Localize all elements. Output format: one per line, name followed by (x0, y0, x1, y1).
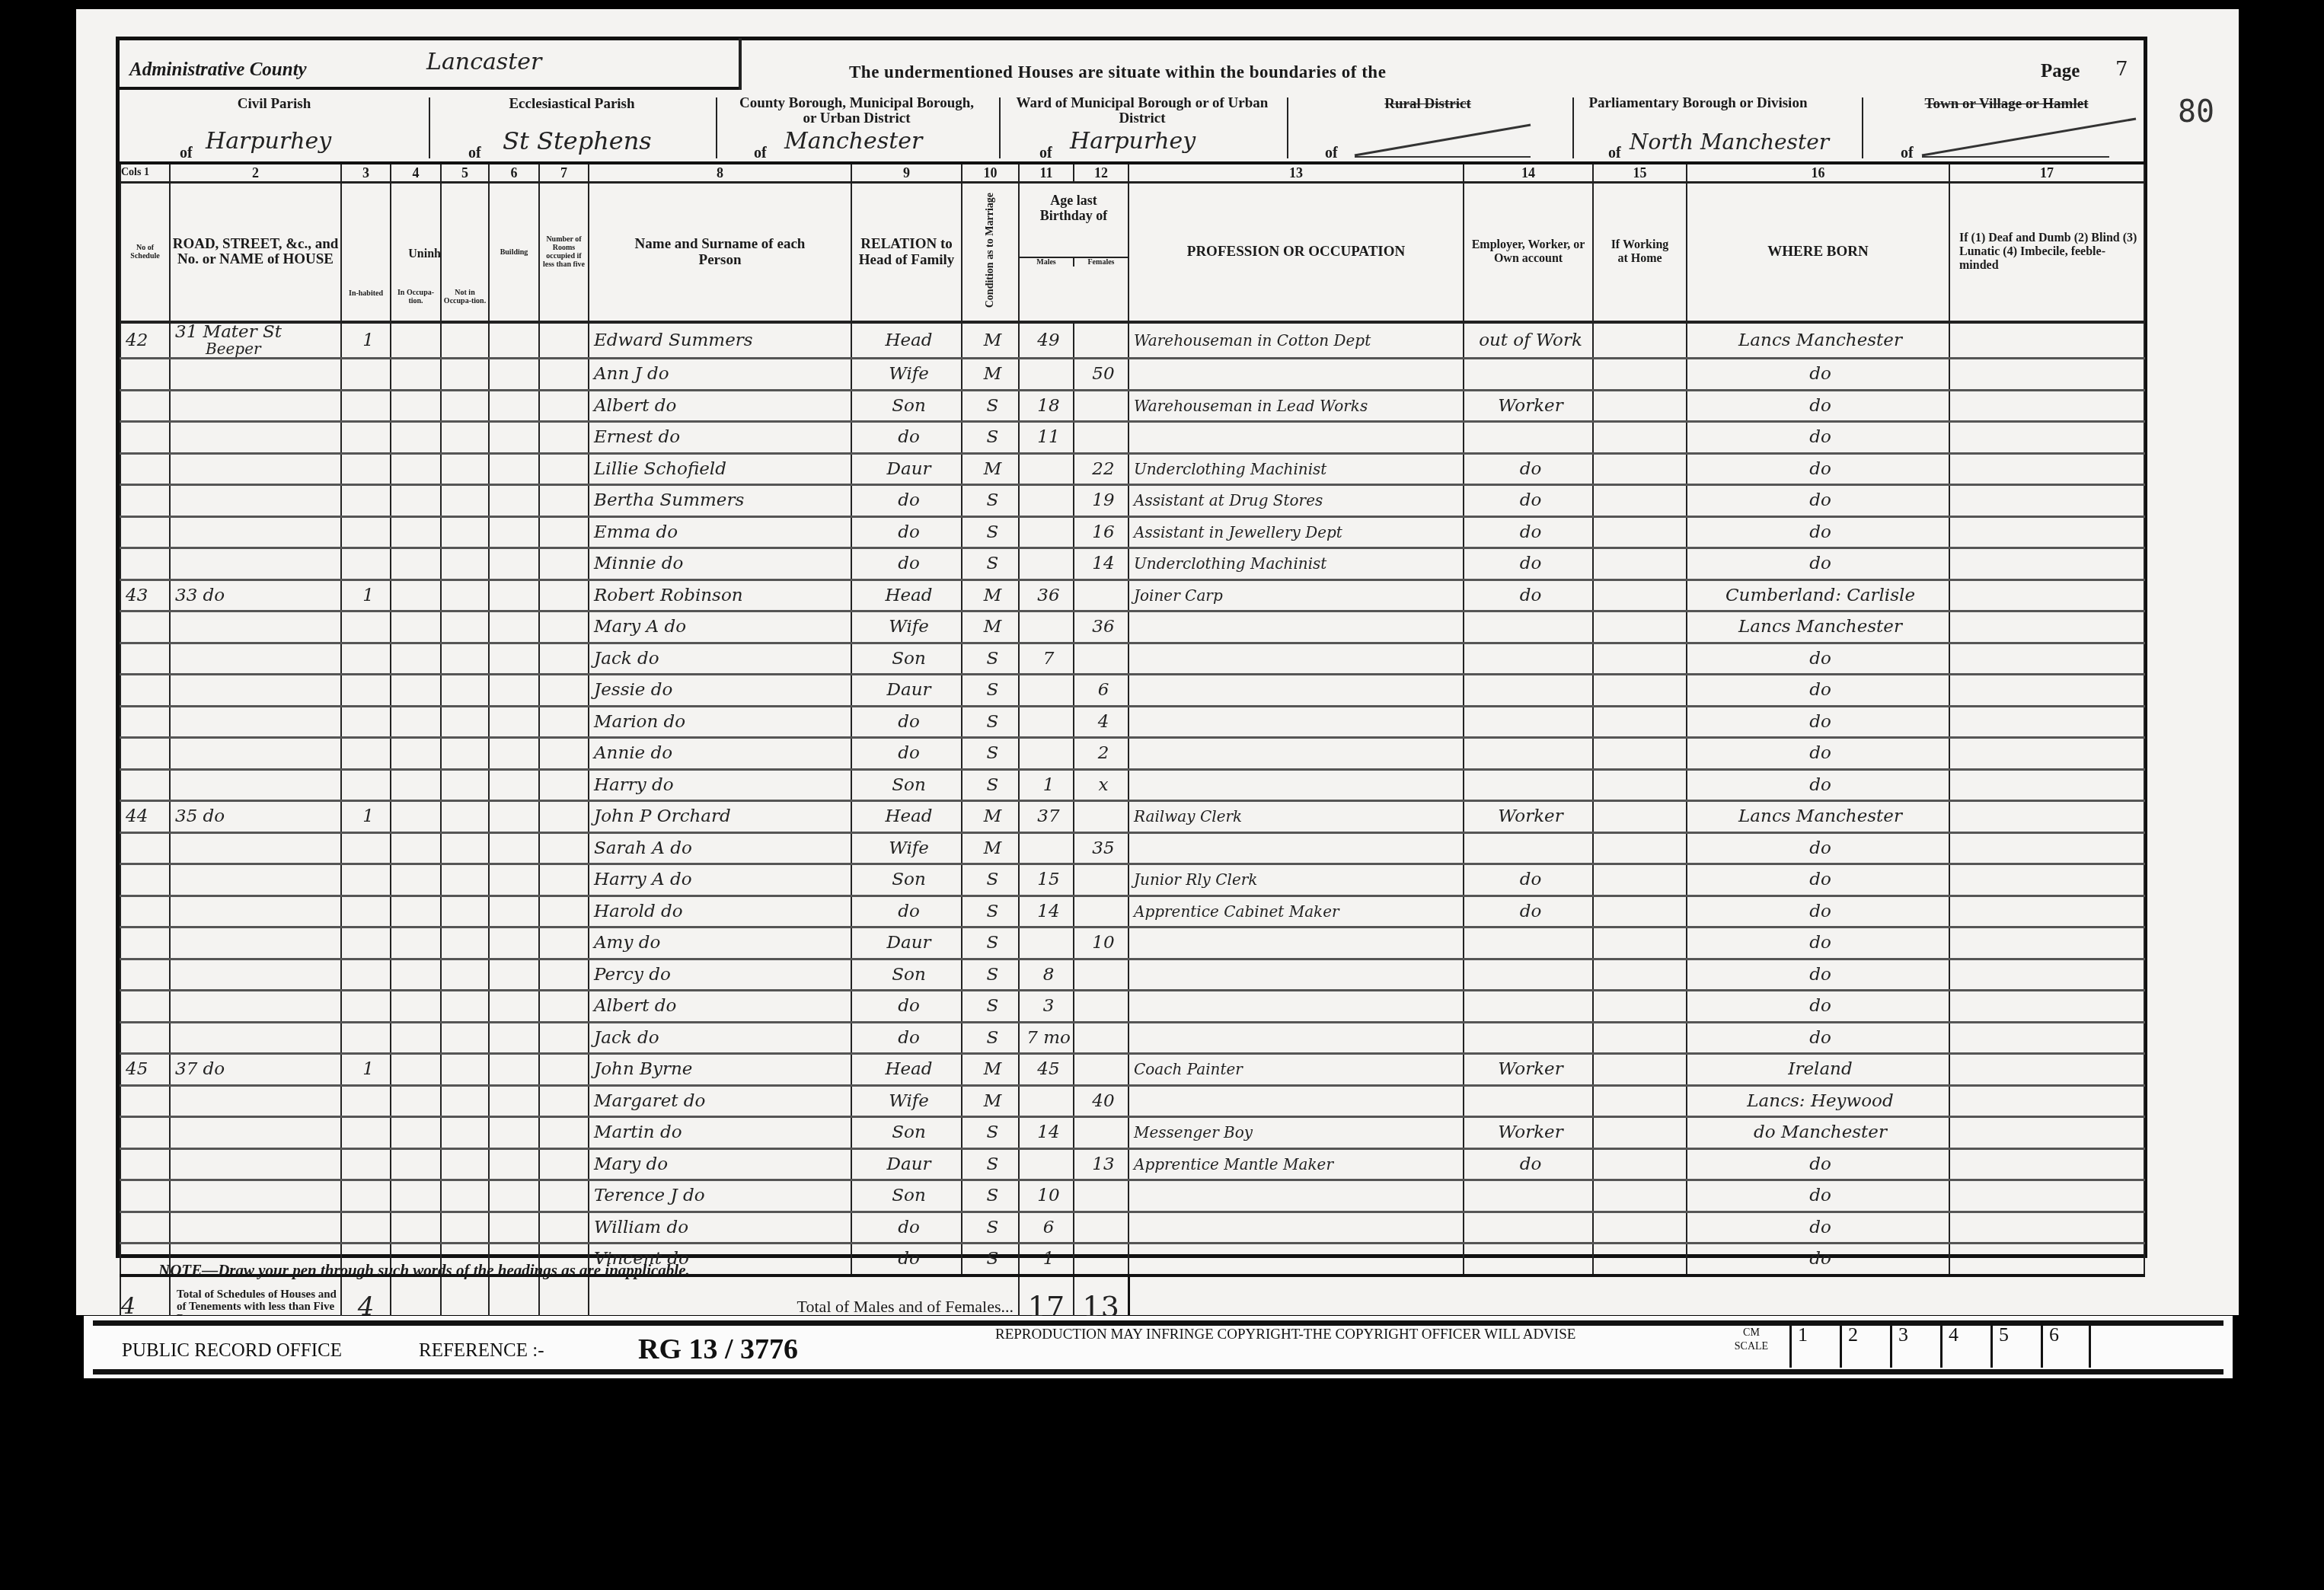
in-occupation-cell (391, 896, 441, 927)
header-divider (716, 97, 717, 158)
employment-status-cell (1464, 1212, 1593, 1244)
heading-schedule: No of Schedule (120, 183, 170, 323)
occupation-cell: Underclothing Machinist (1128, 453, 1464, 485)
inhabited-count-cell (341, 896, 391, 927)
male-age-cell (1019, 675, 1074, 707)
employment-status-cell: Worker (1464, 801, 1593, 833)
employment-status-cell (1464, 927, 1593, 959)
birthplace-cell: Lancs Manchester (1687, 611, 1949, 643)
rooms-count-cell (539, 991, 589, 1023)
schedule-number-cell (120, 1117, 170, 1149)
female-age-cell: 36 (1074, 611, 1128, 643)
footer-rule (93, 1369, 2223, 1374)
inhabited-count-cell: 1 (341, 801, 391, 833)
working-at-home-cell (1593, 864, 1687, 896)
working-at-home-cell (1593, 1085, 1687, 1117)
inhabited-count-cell (341, 864, 391, 896)
birthplace-cell: do (1687, 1244, 1949, 1276)
male-age-cell (1019, 516, 1074, 548)
civil-parish-prefix: of (180, 145, 193, 162)
male-age-cell (1019, 611, 1074, 643)
infirmity-cell (1949, 675, 2144, 707)
address-cell (170, 611, 341, 643)
rural-district-strike-line (1352, 122, 1534, 160)
col-number: 16 (1687, 164, 1949, 183)
relation-cell: Son (851, 1180, 962, 1212)
infirmity-cell (1949, 769, 2144, 801)
male-age-cell: 1 (1019, 1244, 1074, 1276)
rooms-count-cell (539, 453, 589, 485)
schedule-number-cell (120, 1022, 170, 1054)
person-name-cell: Marion do (589, 706, 851, 738)
building-cell (489, 548, 539, 580)
col-number: 14 (1464, 164, 1593, 183)
building-cell (489, 390, 539, 422)
not-in-occupation-cell (441, 579, 489, 611)
building-cell (489, 1148, 539, 1180)
infirmity-cell (1949, 422, 2144, 454)
schedule-number-cell (120, 643, 170, 675)
in-occupation-cell (391, 1212, 441, 1244)
male-age-cell (1019, 927, 1074, 959)
heading-address: ROAD, STREET, &c., and No. or NAME of HO… (170, 183, 341, 323)
address-cell (170, 485, 341, 517)
person-name-cell: Harry do (589, 769, 851, 801)
person-name-cell: Margaret do (589, 1085, 851, 1117)
relation-cell: do (851, 1022, 962, 1054)
in-occupation-cell (391, 485, 441, 517)
employment-status-cell (1464, 359, 1593, 391)
working-at-home-cell (1593, 1148, 1687, 1180)
in-occupation-cell (391, 516, 441, 548)
person-name-cell: Jack do (589, 1022, 851, 1054)
county-borough-value: Manchester (784, 128, 922, 155)
rooms-count-cell (539, 959, 589, 991)
working-at-home-cell (1593, 516, 1687, 548)
schedule-number-cell (120, 548, 170, 580)
building-cell (489, 1212, 539, 1244)
building-cell (489, 611, 539, 643)
birthplace-cell: do (1687, 675, 1949, 707)
male-age-cell: 49 (1019, 322, 1074, 359)
working-at-home-cell (1593, 453, 1687, 485)
relation-cell: Head (851, 1054, 962, 1086)
employment-status-cell (1464, 991, 1593, 1023)
male-age-cell: 7 mo (1019, 1022, 1074, 1054)
infirmity-cell (1949, 322, 2144, 359)
working-at-home-cell (1593, 896, 1687, 927)
male-age-cell: 45 (1019, 1054, 1074, 1086)
schedule-number-cell (120, 991, 170, 1023)
marital-condition-cell: S (962, 1212, 1019, 1244)
working-at-home-cell (1593, 422, 1687, 454)
rooms-count-cell (539, 422, 589, 454)
table-row: Jack doSonS7do (120, 643, 2144, 675)
not-in-occupation-cell (441, 1180, 489, 1212)
employment-status-cell (1464, 1022, 1593, 1054)
address-cell (170, 769, 341, 801)
male-age-cell (1019, 485, 1074, 517)
occupation-cell: Warehouseman in Cotton Dept (1128, 322, 1464, 359)
person-name-cell: Martin do (589, 1117, 851, 1149)
inhabited-count-cell (341, 359, 391, 391)
person-name-cell: Percy do (589, 959, 851, 991)
rooms-count-cell (539, 485, 589, 517)
employment-status-cell (1464, 1085, 1593, 1117)
rooms-count-cell (539, 675, 589, 707)
female-age-cell: x (1074, 769, 1128, 801)
person-name-cell: Mary A do (589, 611, 851, 643)
birthplace-cell: do (1687, 1212, 1949, 1244)
building-cell (489, 769, 539, 801)
employment-status-cell: do (1464, 1148, 1593, 1180)
schedule-number-cell (120, 422, 170, 454)
table-row: 4333 do1Robert RobinsonHeadM36Joiner Car… (120, 579, 2144, 611)
rooms-count-cell (539, 896, 589, 927)
birthplace-cell: do (1687, 769, 1949, 801)
heading-age: Age last Birthday of Males Females (1019, 183, 1128, 323)
address-cell (170, 832, 341, 864)
in-occupation-cell (391, 422, 441, 454)
birthplace-cell: Lancs: Heywood (1687, 1085, 1949, 1117)
male-age-cell: 14 (1019, 1117, 1074, 1149)
building-cell (489, 1054, 539, 1086)
female-age-cell: 35 (1074, 832, 1128, 864)
female-age-cell (1074, 1054, 1128, 1086)
infirmity-cell (1949, 579, 2144, 611)
female-age-cell (1074, 991, 1128, 1023)
person-name-cell: Ernest do (589, 422, 851, 454)
building-cell (489, 959, 539, 991)
occupation-cell (1128, 1022, 1464, 1054)
col-number: 11 (1019, 164, 1074, 183)
relation-cell: do (851, 548, 962, 580)
building-cell (489, 864, 539, 896)
schedule-number-cell (120, 611, 170, 643)
marital-condition-cell: M (962, 801, 1019, 833)
marital-condition-cell: M (962, 359, 1019, 391)
inhabited-count-cell (341, 516, 391, 548)
schedule-number-cell (120, 1085, 170, 1117)
heading-condition-label: Condition as to Marriage (984, 193, 998, 308)
female-age-cell (1074, 1022, 1128, 1054)
occupation-cell (1128, 991, 1464, 1023)
table-row: Albert doSonS18Warehouseman in Lead Work… (120, 390, 2144, 422)
male-age-cell: 3 (1019, 991, 1074, 1023)
not-in-occupation-cell (441, 422, 489, 454)
header-divider (1287, 97, 1288, 158)
in-occupation-cell (391, 769, 441, 801)
in-occupation-cell (391, 1022, 441, 1054)
table-row: Lillie SchofieldDaurM22Underclothing Mac… (120, 453, 2144, 485)
table-row: Percy doSonS8do (120, 959, 2144, 991)
heading-infirmity: If (1) Deaf and Dumb (2) Blind (3) Lunat… (1949, 183, 2144, 323)
birthplace-cell: do (1687, 864, 1949, 896)
person-name-cell: Albert do (589, 390, 851, 422)
infirmity-cell (1949, 832, 2144, 864)
relation-cell: Wife (851, 611, 962, 643)
relation-cell: do (851, 706, 962, 738)
folio-number: 80 (2178, 94, 2214, 129)
person-name-cell: Harry A do (589, 864, 851, 896)
male-age-cell (1019, 1148, 1074, 1180)
not-in-occupation-cell (441, 706, 489, 738)
person-name-cell: Ann J do (589, 359, 851, 391)
relation-cell: do (851, 422, 962, 454)
infirmity-cell (1949, 1244, 2144, 1276)
inhabited-count-cell (341, 485, 391, 517)
birthplace-cell: do (1687, 390, 1949, 422)
admin-county-label: Administrative County (129, 59, 307, 81)
relation-cell: do (851, 485, 962, 517)
infirmity-cell (1949, 643, 2144, 675)
page-number: 7 (2115, 58, 2128, 81)
in-occupation-cell (391, 390, 441, 422)
female-age-cell (1074, 801, 1128, 833)
footer-scale-label: CM SCALE (1729, 1327, 1774, 1354)
marital-condition-cell: S (962, 991, 1019, 1023)
in-occupation-cell (391, 453, 441, 485)
person-name-cell: Annie do (589, 738, 851, 770)
table-row: 4231 Mater StBeeper1Edward SummersHeadM4… (120, 322, 2144, 359)
address-cell: 37 do (170, 1054, 341, 1086)
address-cell (170, 991, 341, 1023)
occupation-cell: Railway Clerk (1128, 801, 1464, 833)
building-cell (489, 675, 539, 707)
in-occupation-cell (391, 675, 441, 707)
county-borough-prefix: of (754, 145, 767, 162)
working-at-home-cell (1593, 1054, 1687, 1086)
occupation-cell (1128, 927, 1464, 959)
not-in-occupation-cell (441, 516, 489, 548)
in-occupation-cell (391, 611, 441, 643)
inhabited-count-cell (341, 991, 391, 1023)
ecclesiastical-parish-label: Ecclesiastical Parish (431, 96, 713, 113)
female-age-cell: 10 (1074, 927, 1128, 959)
in-occupation-cell (391, 991, 441, 1023)
not-in-occupation-cell (441, 485, 489, 517)
working-at-home-cell (1593, 579, 1687, 611)
inhabited-count-cell (341, 611, 391, 643)
female-age-cell (1074, 896, 1128, 927)
occupation-cell: Junior Rly Clerk (1128, 864, 1464, 896)
civil-parish-value: Harpurhey (206, 128, 331, 155)
male-age-cell: 14 (1019, 896, 1074, 927)
relation-cell: Wife (851, 832, 962, 864)
infirmity-cell (1949, 1117, 2144, 1149)
employment-status-cell (1464, 1244, 1593, 1276)
address-cell: 33 do (170, 579, 341, 611)
schedule-number-cell (120, 832, 170, 864)
table-row: Minnie dodoS14Underclothing Machinistdod… (120, 548, 2144, 580)
inhabited-count-cell (341, 959, 391, 991)
occupation-cell (1128, 643, 1464, 675)
rooms-count-cell (539, 1054, 589, 1086)
inhabited-count-cell (341, 1117, 391, 1149)
address-cell (170, 548, 341, 580)
infirmity-cell (1949, 1054, 2144, 1086)
birthplace-cell: Ireland (1687, 1054, 1949, 1086)
employment-status-cell (1464, 959, 1593, 991)
employment-status-cell (1464, 1180, 1593, 1212)
parliamentary-borough-label: Parliamentary Borough or Division (1588, 96, 1808, 111)
inhabited-count-cell (341, 422, 391, 454)
infirmity-cell (1949, 801, 2144, 833)
person-name-cell: Mary do (589, 1148, 851, 1180)
birthplace-cell: do (1687, 896, 1949, 927)
marital-condition-cell: S (962, 516, 1019, 548)
occupation-cell (1128, 832, 1464, 864)
marital-condition-cell: S (962, 1180, 1019, 1212)
building-cell (489, 927, 539, 959)
marital-condition-cell: S (962, 896, 1019, 927)
schedule-number-cell (120, 1180, 170, 1212)
ecclesiastical-parish-prefix: of (468, 145, 481, 162)
birthplace-cell: do (1687, 516, 1949, 548)
scale-mark: 2 (1840, 1323, 1890, 1368)
inhabited-count-cell (341, 1022, 391, 1054)
header-divider (429, 97, 430, 158)
inhabited-count-cell (341, 643, 391, 675)
female-age-cell: 6 (1074, 675, 1128, 707)
heading-not-in-occupation: Not in Occupa-tion. (441, 183, 489, 323)
working-at-home-cell (1593, 927, 1687, 959)
employment-status-cell (1464, 832, 1593, 864)
inhabited-count-cell (341, 1180, 391, 1212)
infirmity-cell (1949, 706, 2144, 738)
civil-parish-label: Civil Parish (122, 96, 426, 113)
building-cell (489, 896, 539, 927)
header-divider (1572, 97, 1574, 158)
in-occupation-cell (391, 1180, 441, 1212)
parliamentary-borough-prefix: of (1608, 145, 1621, 162)
birthplace-cell: Cumberland: Carlisle (1687, 579, 1949, 611)
building-cell (489, 738, 539, 770)
female-age-cell (1074, 1244, 1128, 1276)
table-row: William dodoS6do (120, 1212, 2144, 1244)
table-row: Jessie doDaurS6do (120, 675, 2144, 707)
inhabited-count-cell (341, 1212, 391, 1244)
parliamentary-borough-value: North Manchester (1630, 129, 1829, 155)
infirmity-cell (1949, 864, 2144, 896)
scale-mark: 3 (1890, 1323, 1940, 1368)
marital-condition-cell: S (962, 548, 1019, 580)
marital-condition-cell: S (962, 485, 1019, 517)
relation-cell: do (851, 516, 962, 548)
county-borough-label: County Borough, Municipal Borough, or Ur… (731, 96, 982, 126)
rooms-count-cell (539, 927, 589, 959)
occupation-cell (1128, 611, 1464, 643)
address-cell (170, 516, 341, 548)
table-row: Mary doDaurS13Apprentice Mantle Makerdod… (120, 1148, 2144, 1180)
col-number: 15 (1593, 164, 1687, 183)
relation-cell: Daur (851, 927, 962, 959)
building-cell (489, 422, 539, 454)
address-cell (170, 738, 341, 770)
marital-condition-cell: S (962, 864, 1019, 896)
infirmity-cell (1949, 1022, 2144, 1054)
heading-at-home: If Working at Home (1593, 183, 1687, 323)
infirmity-cell (1949, 453, 2144, 485)
schedule-number-cell (120, 706, 170, 738)
rooms-count-cell (539, 706, 589, 738)
rooms-count-cell (539, 359, 589, 391)
male-age-cell: 7 (1019, 643, 1074, 675)
schedule-number-cell (120, 864, 170, 896)
relation-cell: Wife (851, 359, 962, 391)
marital-condition-cell: S (962, 1022, 1019, 1054)
not-in-occupation-cell (441, 959, 489, 991)
header-divider (1862, 97, 1863, 158)
person-name-cell: Harold do (589, 896, 851, 927)
employment-status-cell: do (1464, 485, 1593, 517)
employment-status-cell: do (1464, 453, 1593, 485)
female-age-cell: 40 (1074, 1085, 1128, 1117)
occupation-cell: Apprentice Mantle Maker (1128, 1148, 1464, 1180)
marital-condition-cell: S (962, 738, 1019, 770)
female-age-cell (1074, 1212, 1128, 1244)
working-at-home-cell (1593, 643, 1687, 675)
birthplace-cell: do (1687, 1180, 1949, 1212)
not-in-occupation-cell (441, 1148, 489, 1180)
table-row: Albert dodoS3do (120, 991, 2144, 1023)
table-row: Harold dodoS14Apprentice Cabinet Makerdo… (120, 896, 2144, 927)
address-cell (170, 706, 341, 738)
town-village-strike-line (1919, 114, 2140, 160)
not-in-occupation-cell (441, 1054, 489, 1086)
building-cell (489, 1085, 539, 1117)
rooms-count-cell (539, 1085, 589, 1117)
person-name-cell: William do (589, 1212, 851, 1244)
occupation-cell: Joiner Carp (1128, 579, 1464, 611)
relation-cell: do (851, 991, 962, 1023)
address-cell (170, 1148, 341, 1180)
table-row: Amy doDaurS10do (120, 927, 2144, 959)
occupation-cell (1128, 675, 1464, 707)
birthplace-cell: do Manchester (1687, 1117, 1949, 1149)
female-age-cell: 50 (1074, 359, 1128, 391)
schedule-number-cell (120, 359, 170, 391)
marital-condition-cell: S (962, 706, 1019, 738)
col-number: 8 (589, 164, 851, 183)
header-divider (120, 87, 740, 90)
birthplace-cell: do (1687, 548, 1949, 580)
address-cell (170, 1212, 341, 1244)
infirmity-cell (1949, 991, 2144, 1023)
marital-condition-cell: S (962, 643, 1019, 675)
working-at-home-cell (1593, 611, 1687, 643)
person-name-cell: Lillie Schofield (589, 453, 851, 485)
not-in-occupation-cell (441, 675, 489, 707)
heading-employer: Employer, Worker, or Own account (1464, 183, 1593, 323)
building-cell (489, 643, 539, 675)
relation-cell: Daur (851, 1148, 962, 1180)
occupation-cell: Messenger Boy (1128, 1117, 1464, 1149)
birthplace-cell: do (1687, 485, 1949, 517)
in-occupation-cell (391, 738, 441, 770)
male-age-cell (1019, 706, 1074, 738)
relation-cell: do (851, 738, 962, 770)
rooms-count-cell (539, 1022, 589, 1054)
rooms-count-cell (539, 322, 589, 359)
occupation-cell (1128, 1212, 1464, 1244)
col-number: 5 (441, 164, 489, 183)
inhabited-count-cell (341, 390, 391, 422)
not-in-occupation-cell (441, 1085, 489, 1117)
relation-cell: Wife (851, 1085, 962, 1117)
relation-cell: Son (851, 864, 962, 896)
table-row: Margaret doWifeM40Lancs: Heywood (120, 1085, 2144, 1117)
